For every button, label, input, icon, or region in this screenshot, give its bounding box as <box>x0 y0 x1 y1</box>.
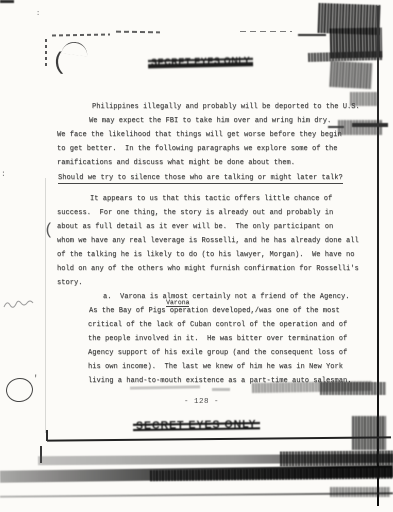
scan-smudge-band <box>150 468 393 482</box>
scan-smudge-line <box>0 492 393 498</box>
body-line: about as full detail as it ever will be.… <box>57 223 333 231</box>
inserted-word: Varona <box>166 299 189 307</box>
body-line: We face the likelihood that things will … <box>57 131 342 139</box>
pencil-dash-line <box>116 31 160 33</box>
scan-rule-line <box>47 436 391 441</box>
body-line: Agency support of his exile group (and t… <box>88 349 347 357</box>
body-line: living a hand-to-mouth existence as a pa… <box>88 377 352 385</box>
body-line: hold on any of the others who might furn… <box>57 265 359 273</box>
body-line: of the talking he is likely to do (to hi… <box>57 251 355 259</box>
scan-rule-tick <box>46 430 48 441</box>
pencil-tick-mark: ' <box>33 374 38 384</box>
body-line: ramifications and discuss what might be … <box>57 159 295 167</box>
body-line: the people involved in it. He was bitter… <box>88 335 347 343</box>
scan-noise-blob <box>329 61 372 89</box>
scan-noise-blob <box>317 3 380 35</box>
body-line: As the Bay of Pigs operation developed,/… <box>89 307 340 315</box>
scan-smudge <box>328 126 344 128</box>
scan-smudge <box>330 487 390 497</box>
pencil-colon-mark: : <box>36 10 40 18</box>
pencil-dash-line <box>52 33 110 36</box>
body-line: Philippines illegally and probably will … <box>92 103 360 111</box>
pencil-paren-mark: ( <box>44 222 54 238</box>
scan-noise-blob <box>308 51 382 62</box>
scan-smudge-band <box>38 454 393 465</box>
scan-smudge-band <box>0 465 393 482</box>
body-line: to get better. In the following paragrap… <box>57 145 338 153</box>
pencil-dash-line <box>240 31 292 32</box>
classification-stamp-bottom: SECRET EYES ONLY <box>136 418 257 432</box>
scan-noise-blob <box>338 120 382 135</box>
scan-noise-stroke <box>298 34 326 36</box>
pencil-scribble <box>2 295 46 313</box>
scan-fold-line <box>45 178 46 433</box>
scanned-document-page: : ( ( : ' SECRET EYES ONLY Philippines i… <box>0 0 393 512</box>
section-heading: Should we try to silence those who are t… <box>58 174 343 184</box>
body-line: It appears to us that this tactic offers… <box>90 195 332 203</box>
item-a-first-line: a. Varona is almost certainly not a frie… <box>103 293 350 301</box>
page-number: - 128 - <box>184 398 219 406</box>
body-line: We may expect the FBI to take him over a… <box>89 117 331 125</box>
body-line: success. For one thing, the story is alr… <box>57 209 333 217</box>
scan-smudge <box>352 123 388 127</box>
body-line: his own income). The last we knew of him… <box>88 363 343 371</box>
body-line: critical of the lack of Cuban control of… <box>88 321 347 329</box>
pencil-circle-mark <box>4 376 34 404</box>
pencil-paren-mark: ( <box>51 52 67 77</box>
scan-smudge <box>130 385 200 389</box>
scan-noise-blob <box>330 28 383 59</box>
pencil-vertical-dashes <box>45 39 47 66</box>
pencil-colon-mark: : <box>1 170 6 179</box>
scan-rule-tick <box>40 446 42 463</box>
scan-binding-line <box>377 6 379 506</box>
scan-smudge <box>212 388 230 391</box>
scan-smudge-band <box>280 451 393 467</box>
body-line: story. <box>57 279 83 287</box>
scan-smudge <box>352 416 386 450</box>
scan-edge-mark <box>0 0 14 3</box>
classification-stamp-top: SECRET EYES ONLY <box>151 55 250 68</box>
body-line: whom we have any real leverage is Rossel… <box>57 237 359 245</box>
